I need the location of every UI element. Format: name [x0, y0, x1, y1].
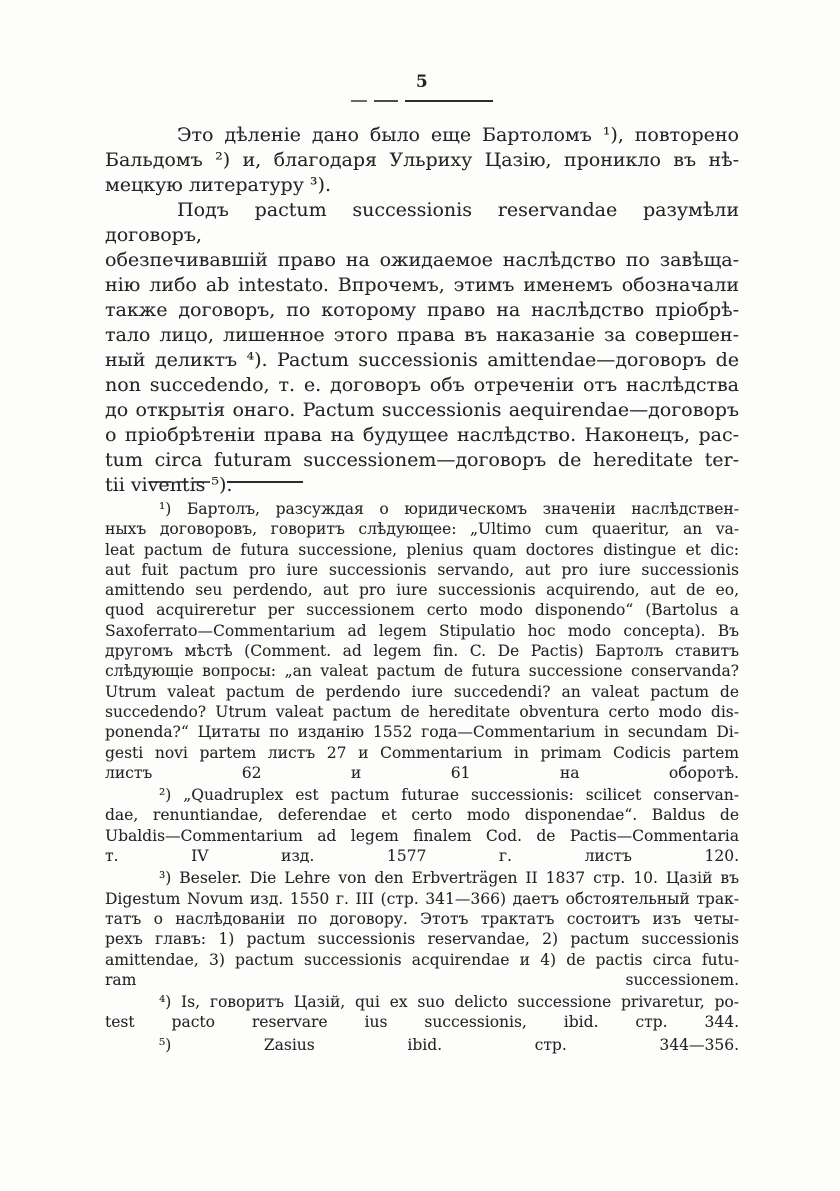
page-number: 5	[105, 72, 739, 92]
book-page: 5 Это дѣленіе дано было еще Бартоломъ ¹)…	[0, 0, 840, 1191]
text-line: Utrum valeat pactum de perdendo iure suc…	[105, 682, 739, 702]
text-line: тало лицо, лишенное этого права въ наказ…	[105, 323, 739, 348]
rule-line	[405, 100, 493, 102]
footnote: ⁴) Is, говоритъ Цазій, qui ex suo delict…	[105, 992, 739, 1033]
text-line: Digestum Novum изд. 1550 г. III (стр. 34…	[105, 889, 739, 909]
text-line: tii viventis ⁵).	[105, 473, 739, 498]
text-line: aut fuit pactum pro iure successionis se…	[105, 560, 739, 580]
text-line: amittendae, 3) pactum successionis acqui…	[105, 950, 739, 970]
text-line: ¹) Бартолъ, разсуждая о юридическомъ зна…	[105, 499, 739, 519]
footnote: ¹) Бартолъ, разсуждая о юридическомъ зна…	[105, 499, 739, 783]
footnote: ²) „Quadruplex est pactum futurae succes…	[105, 785, 739, 866]
rule-dash	[351, 100, 367, 102]
text-line: до открытія онаго. Pactum successionis a…	[105, 398, 739, 423]
page-number-rule	[351, 100, 493, 102]
text-line: Это дѣленіе дано было еще Бартоломъ ¹), …	[105, 123, 739, 148]
rule-dash	[193, 481, 210, 483]
footnote: ⁵) Zasius ibid. стр. 344—356.	[105, 1035, 739, 1055]
text-line: обезпечивавшій право на ожидаемое наслѣд…	[105, 248, 739, 273]
text-line: слѣдующіе вопросы: „an valeat pactum de …	[105, 661, 739, 681]
text-line: Saxoferrato—Commentarium ad legem Stipul…	[105, 621, 739, 641]
footnote: ³) Beseler. Die Lehre von den Erbverträg…	[105, 868, 739, 990]
text-line: также договоръ, по которому право на нас…	[105, 298, 739, 323]
text-line: ³) Beseler. Die Lehre von den Erbverträg…	[105, 868, 739, 888]
footnote-separator	[149, 481, 303, 483]
text-line: test pacto reservare ius successionis, i…	[105, 1012, 739, 1032]
footnotes-section: ¹) Бартолъ, разсуждая о юридическомъ зна…	[105, 499, 739, 1057]
text-line: Ubaldis—Commentarium ad legem finalem Co…	[105, 826, 739, 846]
text-line: ²) „Quadruplex est pactum futurae succes…	[105, 785, 739, 805]
text-line: amittendo seu perdendo, aut pro iure suc…	[105, 580, 739, 600]
text-line: татъ о наслѣдованіи по договору. Этотъ т…	[105, 909, 739, 929]
rule-dash	[374, 100, 398, 102]
main-text: Это дѣленіе дано было еще Бартоломъ ¹), …	[105, 123, 739, 498]
text-line: т. IV изд. 1577 г. листъ 120.	[105, 846, 739, 866]
text-line: ныхъ договоровъ, говоритъ слѣдующее: „Ul…	[105, 519, 739, 539]
text-line: Бальдомъ ²) и, благодаря Ульриху Цазію, …	[105, 148, 739, 173]
text-line: Подъ pactum successionis reservandae раз…	[105, 198, 739, 248]
text-line: о пріобрѣтеніи права на будущее наслѣдст…	[105, 423, 739, 448]
text-line: leat pactum de futura successione, pleni…	[105, 540, 739, 560]
text-line: нію либо ab intestato. Впрочемъ, этимъ и…	[105, 273, 739, 298]
text-line: листъ 62 и 61 на оборотѣ.	[105, 763, 739, 783]
text-line: tum circa futuram successionem—договоръ …	[105, 448, 739, 473]
rule-dash	[149, 481, 171, 483]
paragraph: Подъ pactum successionis reservandae раз…	[105, 198, 739, 498]
text-line: ⁵) Zasius ibid. стр. 344—356.	[105, 1035, 739, 1055]
rule-line	[227, 481, 303, 483]
text-line: non succedendo, т. е. договоръ объ отреч…	[105, 373, 739, 398]
text-line: ponenda?“ Цитаты по изданію 1552 года—Co…	[105, 722, 739, 742]
text-line: другомъ мѣстѣ (Comment. ad legem fin. C.…	[105, 641, 739, 661]
text-line: succedendo? Utrum valeat pactum de hered…	[105, 702, 739, 722]
paragraph: Это дѣленіе дано было еще Бартоломъ ¹), …	[105, 123, 739, 198]
text-line: gesti novi partem листъ 27 и Commentariu…	[105, 743, 739, 763]
rule-dash	[177, 481, 188, 483]
text-line: quod acquireretur per successionem certo…	[105, 600, 739, 620]
text-line: ный деликтъ ⁴). Pactum successionis amit…	[105, 348, 739, 373]
text-line: ⁴) Is, говоритъ Цазій, qui ex suo delict…	[105, 992, 739, 1012]
text-line: ram successionem.	[105, 970, 739, 990]
text-line: мецкую литературу ³).	[105, 173, 739, 198]
text-line: dae, renuntiandae, deferendae et certo m…	[105, 805, 739, 825]
text-line: рехъ главъ: 1) pactum successionis reser…	[105, 929, 739, 949]
